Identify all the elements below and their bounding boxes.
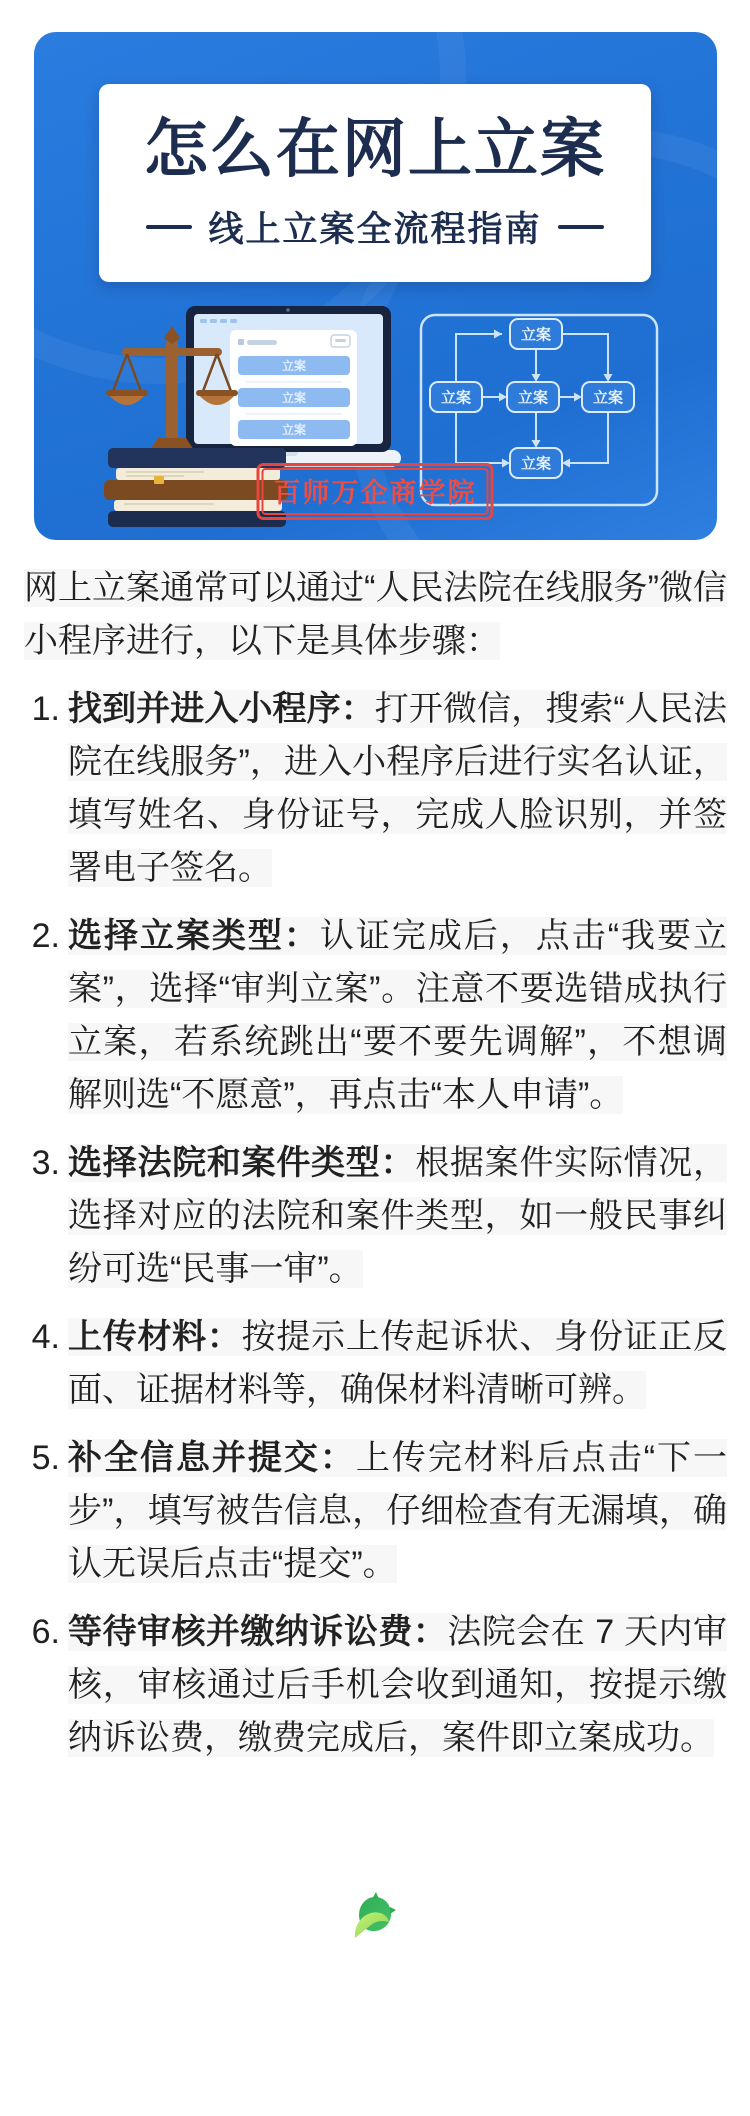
screen-button-label-2: 立案 [281,390,305,405]
flow-node-label-right: 立案 [592,389,622,407]
brand-stamp: 百师万企商学院 [257,463,494,520]
hero-subtitle-row: 线上立案全流程指南 [146,202,603,252]
laptop-screen-illustration: 立案 立案 立案 [186,306,391,452]
step-item-6: 6. 等待审核并缴纳诉讼费：法院会在 7 天内审核，审核通过后手机会收到通知，按… [68,1606,727,1765]
intro-paragraph: 网上立案通常可以通过“人民法院在线服务”微信小程序进行，以下是具体步骤： [24,562,727,668]
page: { "hero": { "title": "怎么在网上立案", "subtitl… [0,32,750,2116]
hero-title: 怎么在网上立案 [144,114,606,184]
steps-list: 1. 找到并进入小程序：打开微信，搜索“人民法院在线服务”，进入小程序后进行实名… [68,683,727,1765]
hero-image-card: 怎么在网上立案 线上立案全流程指南 [34,32,717,540]
step-lead: 补全信息并提交： [68,1439,356,1477]
step-number: 2. [32,910,68,963]
intro-text: 网上立案通常可以通过“人民法院在线服务”微信小程序进行，以下是具体步骤： [24,569,727,660]
step-number: 5. [32,1432,68,1485]
bird-logo-icon [352,1891,398,1941]
screen-button-label-1: 立案 [281,358,305,373]
flow-node-label-bottom: 立案 [520,455,550,473]
step-lead: 等待审核并缴纳诉讼费： [68,1613,447,1651]
flow-node-label-center: 立案 [517,389,547,407]
step-number: 4. [32,1311,68,1364]
step-lead: 选择立案类型： [68,917,320,955]
step-item-5: 5. 补全信息并提交：上传完材料后点击“下一步”，填写被告信息，仔细检查有无漏填… [68,1432,727,1591]
step-number: 3. [32,1137,68,1190]
step-number: 1. [32,683,68,736]
step-lead: 选择法院和案件类型： [68,1144,415,1182]
screen-button-label-3: 立案 [281,422,305,437]
brand-stamp-text: 百师万企商学院 [262,468,489,515]
step-item-2: 2. 选择立案类型：认证完成后，点击“我要立案”，选择“审判立案”。注意不要选错… [68,910,727,1122]
article-body: 网上立案通常可以通过“人民法院在线服务”微信小程序进行，以下是具体步骤： 1. … [0,540,750,1765]
step-lead: 找到并进入小程序： [68,690,375,728]
subtitle-dash-right [558,225,604,229]
footer [0,1891,750,2001]
step-number: 6. [32,1606,68,1659]
step-item-1: 1. 找到并进入小程序：打开微信，搜索“人民法院在线服务”，进入小程序后进行实名… [68,683,727,895]
subtitle-dash-left [146,225,192,229]
hero-subtitle: 线上立案全流程指南 [208,202,541,252]
step-lead: 上传材料： [68,1318,242,1356]
flow-node-label-left: 立案 [440,389,470,407]
flow-node-label-top: 立案 [520,326,550,344]
step-item-3: 3. 选择法院和案件类型：根据案件实际情况，选择对应的法院和案件类型，如一般民事… [68,1137,727,1296]
step-item-4: 4. 上传材料：按提示上传起诉状、身份证正反面、证据材料等，确保材料清晰可辨。 [68,1311,727,1417]
hero-title-panel: 怎么在网上立案 线上立案全流程指南 [99,84,651,282]
